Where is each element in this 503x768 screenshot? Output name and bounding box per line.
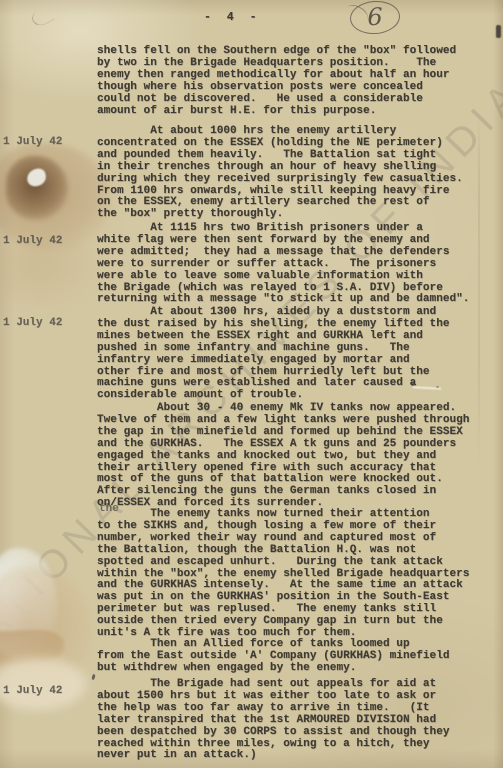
paragraph-appeals-for-aid: The Brigade had sent out appeals for aid… <box>97 679 450 762</box>
paragraph-allied-tanks: Then an Allied force of tanks loomed up … <box>97 639 450 675</box>
paragraph-duststorm: At about 1300 hrs, aided by a duststorm … <box>97 307 450 402</box>
document-page: NATIONAL ARCHIVES OF INDIA - 4 - 6 1 Jul… <box>0 0 503 768</box>
torn-patch-lower-white <box>0 548 58 660</box>
paragraph-tanks-appear: About 30 - 40 enemy Mk IV tanks now appe… <box>97 403 469 510</box>
page-number: - 4 - <box>204 11 261 24</box>
paragraph-shelling: shells fell on the Southern edge of the … <box>97 46 456 117</box>
tape-stain-lower-tan <box>0 566 92 692</box>
topleft-crease <box>29 5 55 29</box>
vertical-crease <box>478 110 480 470</box>
folio-circle: 6 <box>349 0 401 36</box>
paragraph-artillery-essex: At about 1000 hrs the enemy artillery co… <box>97 126 463 221</box>
tape-stain-lower-strip <box>0 629 65 665</box>
paragraph-prisoners: At 1115 hrs two British prisoners under … <box>97 223 469 306</box>
typed-correction-the: the <box>99 503 119 515</box>
pencil-speck <box>91 674 95 681</box>
tape-stain-lower-light <box>0 658 86 710</box>
tape-stain-upper-fleck <box>25 167 47 188</box>
margin-note-date-1: 1 July 42 <box>3 136 62 148</box>
paragraph-sikhs-attack: The enemy tanks now turned their attenti… <box>97 509 469 640</box>
margin-note-date-2: 1 July 42 <box>3 235 62 247</box>
margin-note-date-4: 1 July 42 <box>3 685 62 697</box>
folio-number: 6 <box>367 4 383 28</box>
margin-note-date-3: 1 July 42 <box>3 317 62 329</box>
tape-stain-upper-dark <box>6 156 68 220</box>
ink-speck-right-edge <box>496 25 501 38</box>
